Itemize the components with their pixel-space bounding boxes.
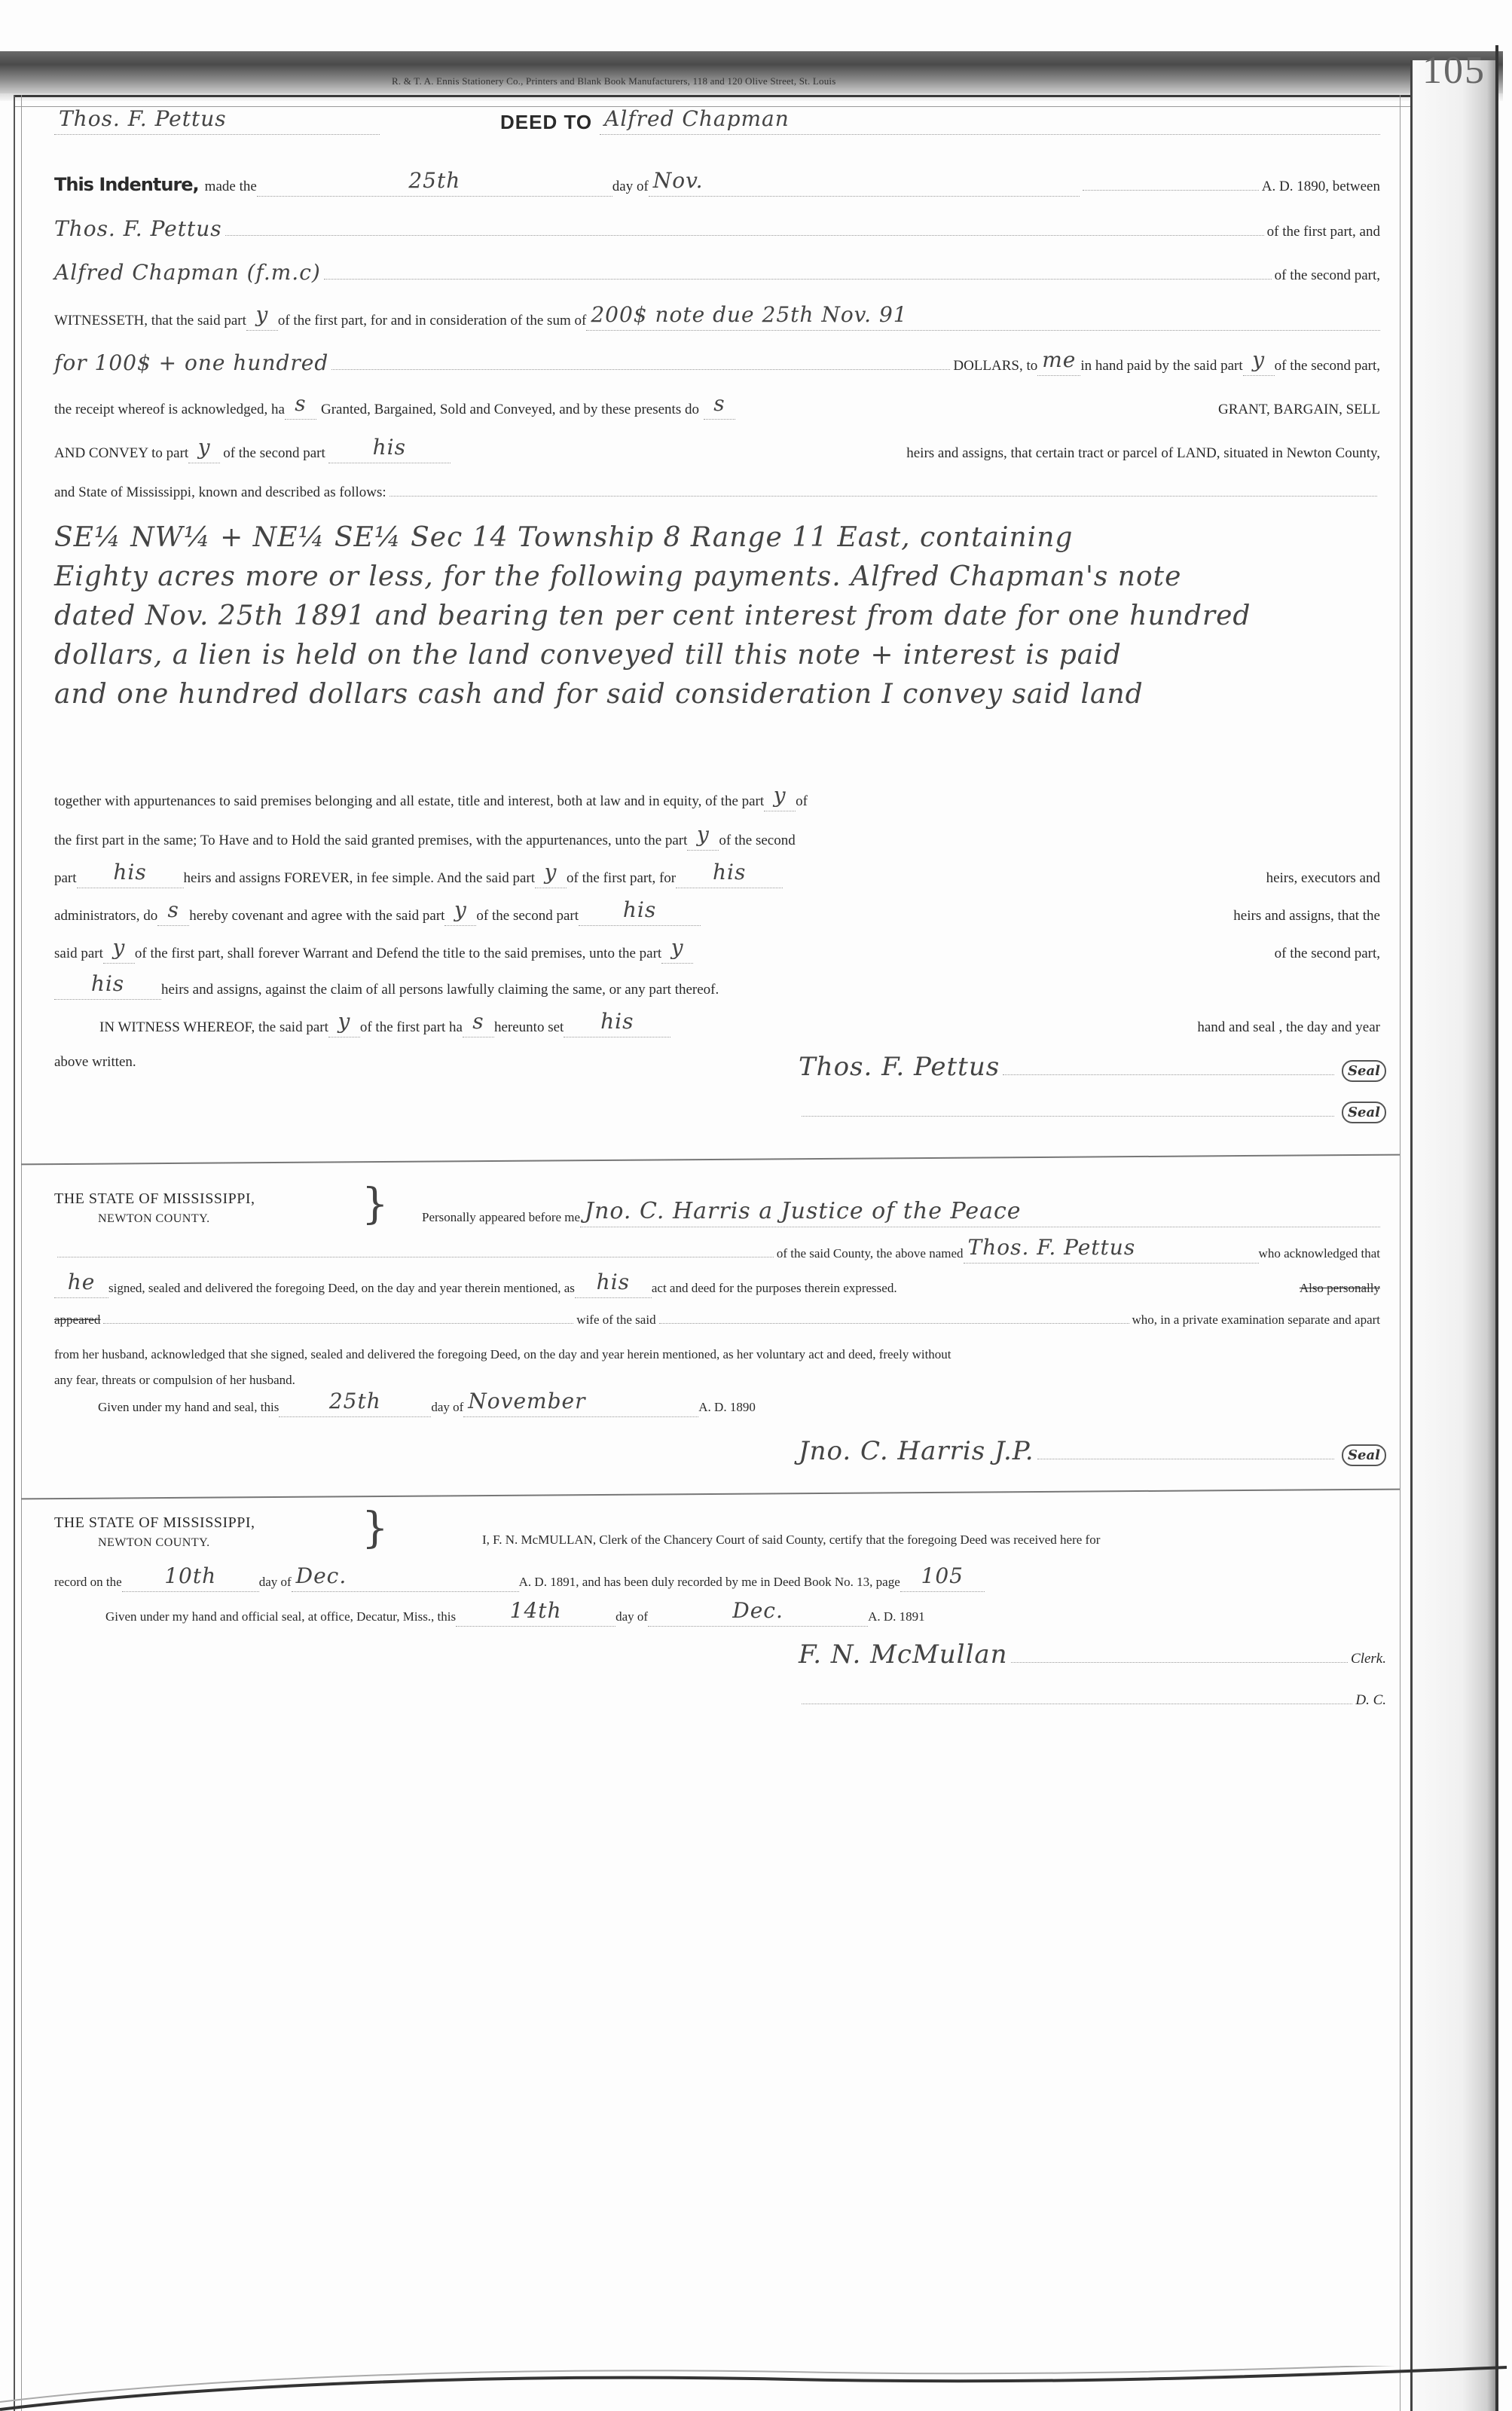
- clerk-certify-line: I, F. N. McMULLAN, Clerk of the Chancery…: [482, 1531, 1380, 1549]
- together-line: together with appurtenances to said prem…: [54, 790, 1380, 811]
- month-field: Nov.: [649, 175, 1080, 197]
- printer-imprint: R. & T. A. Ennis Stationery Co., Printer…: [392, 75, 1371, 87]
- description-line: dated Nov. 25th 1891 and bearing ten per…: [54, 597, 1380, 636]
- left-margin-rule-thin: [21, 95, 22, 2411]
- fear-line: any fear, threats or compulsion of her h…: [54, 1371, 1380, 1389]
- day-field: 25th: [257, 175, 612, 197]
- indenture-line: This Indenture, made the 25th day of Nov…: [54, 175, 1380, 197]
- first-party-name: Thos. F. Pettus: [54, 220, 222, 238]
- ack-given-line: Given under my hand and seal, this 25th …: [98, 1395, 927, 1417]
- husband-line: from her husband, acknowledged that she …: [54, 1346, 1380, 1364]
- indenture-label: This Indenture,: [54, 176, 199, 194]
- description-line: Eighty acres more or less, for the follo…: [54, 558, 1380, 597]
- book-binding-shadow: [0, 51, 1503, 95]
- deed-to-label: DEED TO: [500, 113, 592, 131]
- section-divider: [21, 1489, 1400, 1500]
- clerk-state-heading: THE STATE OF MISSISSIPPI, NEWTON COUNTY.: [54, 1514, 255, 1550]
- page-right-edge: [1495, 45, 1498, 2411]
- fee-simple-line: part his heirs and assigns FOREVER, in f…: [54, 866, 1380, 888]
- deed-title-line: Thos. F. Pettus DEED TO Alfred Chapman: [54, 113, 1380, 135]
- ack-state-heading: THE STATE OF MISSISSIPPI, NEWTON COUNTY.: [54, 1190, 255, 1226]
- deputy-clerk-line: D. C.: [799, 1692, 1386, 1709]
- header-rule: [14, 95, 1411, 97]
- page-bottom-edge: [0, 2366, 1507, 2411]
- officer-signature: Jno. C. Harris J.P.: [799, 1436, 1034, 1466]
- claim-line: his heirs and assigns, against the claim…: [54, 978, 1380, 1000]
- left-margin-rule: [14, 95, 15, 2411]
- party-suffix-field: y: [246, 309, 278, 331]
- section-divider: [21, 1154, 1400, 1166]
- first-party-line: Thos. F. Pettus of the first part, and: [54, 220, 1380, 241]
- wife-line: appeared wife of the said who, in a priv…: [54, 1311, 1380, 1329]
- right-margin-rule-thick: [1410, 60, 1413, 2411]
- covenant-line: administrators, do s hereby covenant and…: [54, 904, 1380, 926]
- convey-line: AND CONVEY to part y of the second part …: [54, 442, 1380, 463]
- signed-sealed-line: he signed, sealed and delivered the fore…: [54, 1276, 1380, 1298]
- grantor-header-field: Thos. F. Pettus: [54, 113, 380, 135]
- above-named-line: of the said County, the above named Thos…: [54, 1242, 1380, 1264]
- clerk-signature-line: F. N. McMullan Clerk.: [799, 1639, 1386, 1670]
- grantee-header-field: Alfred Chapman: [600, 113, 1380, 135]
- second-signature-line: Seal: [799, 1102, 1386, 1123]
- paid-to-field: me: [1037, 354, 1080, 376]
- grantor-signature-line: Thos. F. Pettus Seal: [799, 1052, 1386, 1082]
- appeared-before-line: Personally appeared before me Jno. C. Ha…: [422, 1205, 1380, 1227]
- second-party-name: Alfred Chapman (f.m.c): [54, 264, 321, 282]
- seal-icon: Seal: [1342, 1102, 1386, 1123]
- warrant-line: said part y of the first part, shall for…: [54, 942, 1380, 964]
- clerk-given-line: Given under my hand and official seal, a…: [105, 1605, 1160, 1627]
- in-witness-line: IN WITNESS WHEREOF, the said part y of t…: [54, 1016, 1380, 1037]
- description-line: dollars, a lien is held on the land conv…: [54, 636, 1380, 675]
- made-the-text: made the: [205, 178, 257, 196]
- have-and-hold-line: the first part in the same; To Have and …: [54, 829, 1380, 851]
- brace-icon: }: [362, 1504, 389, 1553]
- description-line: and one hundred dollars cash and for sai…: [54, 675, 1380, 714]
- seal-icon: Seal: [1342, 1444, 1386, 1466]
- legal-description: SE¼ NW¼ + NE¼ SE¼ Sec 14 Township 8 Rang…: [54, 518, 1380, 714]
- grantor-signature: Thos. F. Pettus: [799, 1052, 1000, 1082]
- receipt-line: the receipt whereof is acknowledged, ha …: [54, 398, 1380, 420]
- sum-continued: for 100$ + one hundred: [54, 354, 328, 372]
- sum-field: 200$ note due 25th Nov. 91: [586, 309, 1380, 331]
- officer-signature-line: Jno. C. Harris J.P. Seal: [799, 1436, 1386, 1466]
- of-second-part-text: of the second part,: [1275, 267, 1380, 285]
- day-of-text: day of: [612, 178, 649, 196]
- state-described-line: and State of Mississippi, known and desc…: [54, 484, 1380, 502]
- ad-year-text: A. D. 1890, between: [1262, 178, 1380, 196]
- page-gutter: [1413, 60, 1495, 2411]
- dollars-line: for 100$ + one hundred DOLLARS, to me in…: [54, 354, 1380, 376]
- record-on-line: record on the 10th day of Dec. A. D. 189…: [54, 1570, 1380, 1592]
- seal-icon: Seal: [1342, 1060, 1386, 1082]
- right-margin-rule: [1400, 95, 1401, 2411]
- of-first-part-text: of the first part, and: [1267, 223, 1380, 241]
- brace-icon: }: [362, 1180, 389, 1229]
- second-party-line: Alfred Chapman (f.m.c) of the second par…: [54, 264, 1380, 285]
- clerk-signature: F. N. McMullan: [799, 1639, 1008, 1670]
- description-line: SE¼ NW¼ + NE¼ SE¼ Sec 14 Township 8 Rang…: [54, 518, 1380, 558]
- witnesseth-line: WITNESSETH, that the said part y of the …: [54, 309, 1380, 331]
- page-number: 105: [1416, 48, 1492, 93]
